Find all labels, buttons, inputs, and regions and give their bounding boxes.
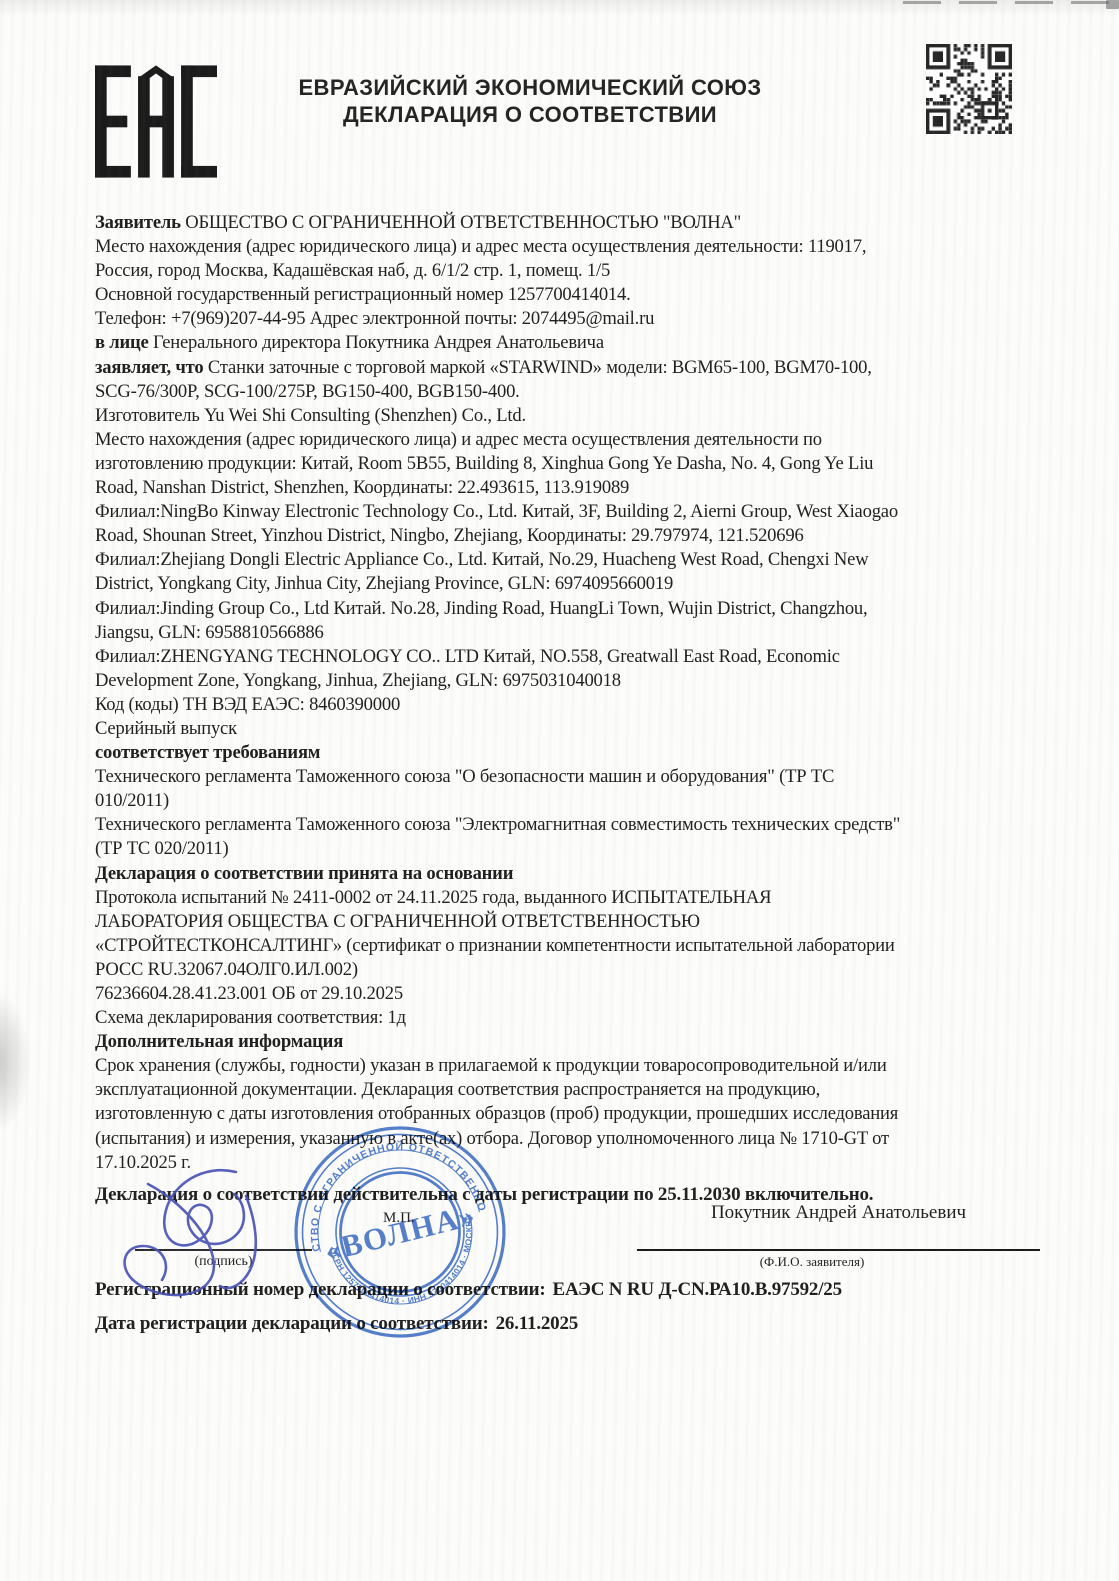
document-body: Заявитель ОБЩЕСТВО С ОГРАНИЧЕННОЙ ОТВЕТС… <box>95 211 1047 1175</box>
qr-code-canvas <box>926 44 1012 134</box>
scan-artifact-top-line <box>903 1 1119 4</box>
body-line: Срок хранения (службы, годности) указан … <box>95 1054 1047 1078</box>
body-line: РОСС RU.32067.04ОЛГ0.ИЛ.002) <box>95 958 1047 982</box>
qr-code-icon <box>926 44 1012 134</box>
company-stamp: ОБЩЕСТВО С ОГРАНИЧЕННОЙ ОТВЕТСТВЕННОСТЬЮ… <box>285 1117 515 1347</box>
body-line: Изготовитель Yu Wei Shi Consulting (Shen… <box>95 404 1047 428</box>
body-line: эксплуатационной документации. Деклараци… <box>95 1078 1047 1102</box>
body-line: Схема декларирования соответствия: 1д <box>95 1006 1047 1030</box>
body-line: Код (коды) ТН ВЭД ЕАЭС: 8460390000 <box>95 693 1047 717</box>
applicant-name: Покутник Андрей Анатольевич <box>637 1202 1040 1224</box>
applicant-name-caption: (Ф.И.О. заявителя) <box>612 1254 1012 1270</box>
body-line: (ТР ТС 020/2011) <box>95 837 1047 861</box>
body-line: Development Zone, Yongkang, Jinhua, Zhej… <box>95 669 1047 693</box>
registration-number-value: ЕАЭС N RU Д-CN.РА10.В.97592/25 <box>553 1279 842 1300</box>
body-line: Телефон: +7(969)207-44-95 Адрес электрон… <box>95 307 1047 331</box>
body-line: заявляет, что Станки заточные с торговой… <box>95 356 1047 380</box>
body-line: соответствует требованиям <box>95 741 1047 765</box>
scan-artifact-corner <box>1106 0 1119 9</box>
body-line: Заявитель ОБЩЕСТВО С ОГРАНИЧЕННОЙ ОТВЕТС… <box>95 211 1047 235</box>
scan-artifact-left-smudge <box>0 992 30 1132</box>
body-line: Россия, город Москва, Кадашёвская наб, д… <box>95 259 1047 283</box>
body-line: изготовленную с даты изготовления отобра… <box>95 1102 1047 1126</box>
body-line: SCG-76/300P, SCG-100/275P, BG150-400, BG… <box>95 380 1047 404</box>
body-line: изготовлению продукции: Китай, Room 5B55… <box>95 452 1047 476</box>
applicant-name-line <box>637 1249 1040 1251</box>
body-line: в лице Генерального директора Покутника … <box>95 331 1047 355</box>
document-header-title: ЕВРАЗИЙСКИЙ ЭКОНОМИЧЕСКИЙ СОЮЗ ДЕКЛАРАЦИ… <box>230 74 830 128</box>
body-line: Место нахождения (адрес юридического лиц… <box>95 235 1047 259</box>
body-line: Декларация о соответствии принята на осн… <box>95 862 1047 886</box>
body-line: 010/2011) <box>95 789 1047 813</box>
body-line: Филиал:ZHENGYANG TECHNOLOGY CO.. LTD Кит… <box>95 645 1047 669</box>
body-line: Серийный выпуск <box>95 717 1047 741</box>
eac-logo <box>95 58 217 185</box>
body-line: Road, Shounan Street, Yinzhou District, … <box>95 524 1047 548</box>
body-line: (испытания) и измерения, указанную в акт… <box>95 1127 1047 1151</box>
body-line: Место нахождения (адрес юридического лиц… <box>95 428 1047 452</box>
body-line: 76236604.28.41.23.001 ОБ от 29.10.2025 <box>95 982 1047 1006</box>
body-line: Филиал:Zhejiang Dongli Electric Applianc… <box>95 548 1047 572</box>
body-line: Дополнительная информация <box>95 1030 1047 1054</box>
body-line: Филиал:NingBo Kinway Electronic Technolo… <box>95 500 1047 524</box>
declaration-title: ДЕКЛАРАЦИЯ О СООТВЕТСТВИИ <box>230 101 830 128</box>
body-line: Jiangsu, GLN: 6958810566886 <box>95 621 1047 645</box>
body-line: «СТРОЙТЕСТКОНСАЛТИНГ» (сертификат о приз… <box>95 934 1047 958</box>
body-line: ЛАБОРАТОРИЯ ОБЩЕСТВА С ОГРАНИЧЕННОЙ ОТВЕ… <box>95 910 1047 934</box>
body-line: Филиал:Jinding Group Co., Ltd Китай. No.… <box>95 597 1047 621</box>
body-line: Протокола испытаний № 2411-0002 от 24.11… <box>95 886 1047 910</box>
body-line: Основной государственный регистрационный… <box>95 283 1047 307</box>
body-line: Road, Nanshan District, Shenzhen, Коорди… <box>95 476 1047 500</box>
body-line: Технического регламента Таможенного союз… <box>95 765 1047 789</box>
union-title: ЕВРАЗИЙСКИЙ ЭКОНОМИЧЕСКИЙ СОЮЗ <box>230 74 830 101</box>
body-line: District, Yongkang City, Jinhua City, Zh… <box>95 572 1047 596</box>
declaration-document: ЕВРАЗИЙСКИЙ ЭКОНОМИЧЕСКИЙ СОЮЗ ДЕКЛАРАЦИ… <box>0 0 1119 1581</box>
body-line: Технического регламента Таможенного союз… <box>95 813 1047 837</box>
